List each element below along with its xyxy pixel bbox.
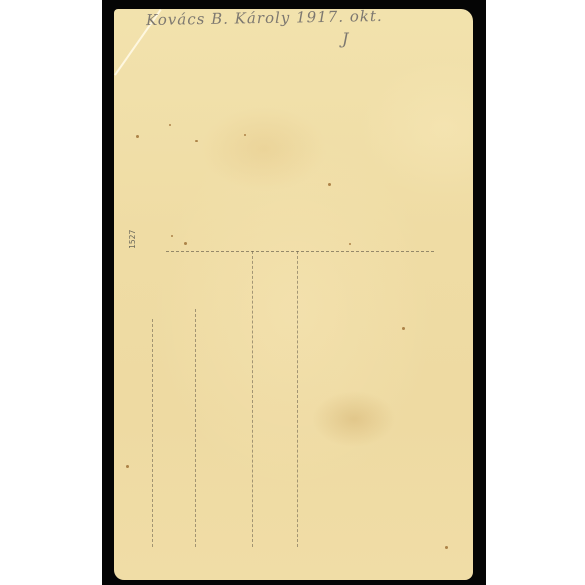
foxing-spot	[445, 546, 448, 549]
foxing-spot	[169, 124, 171, 126]
vertical-divider-3	[252, 251, 253, 547]
foxing-spot	[328, 183, 331, 186]
vertical-divider-4	[297, 251, 298, 547]
handwritten-mark: J	[342, 29, 348, 48]
foxing-spot	[244, 134, 246, 136]
address-divider-horizontal	[166, 251, 434, 252]
postcard-back: Kovács B. Károly 1917. okt. J 1527	[114, 9, 473, 580]
foxing-spot	[171, 235, 173, 237]
foxing-spot	[184, 242, 187, 245]
vertical-divider-2	[195, 309, 196, 547]
vertical-divider-1	[152, 319, 153, 547]
handwritten-inscription: Kovács B. Károly 1917. okt.	[146, 9, 383, 29]
print-code: 1527	[128, 230, 137, 249]
foxing-spot	[402, 327, 405, 330]
foxing-spot	[195, 140, 198, 142]
foxing-spot	[349, 243, 351, 245]
foxing-spot	[136, 135, 139, 138]
foxing-spot	[126, 465, 129, 468]
